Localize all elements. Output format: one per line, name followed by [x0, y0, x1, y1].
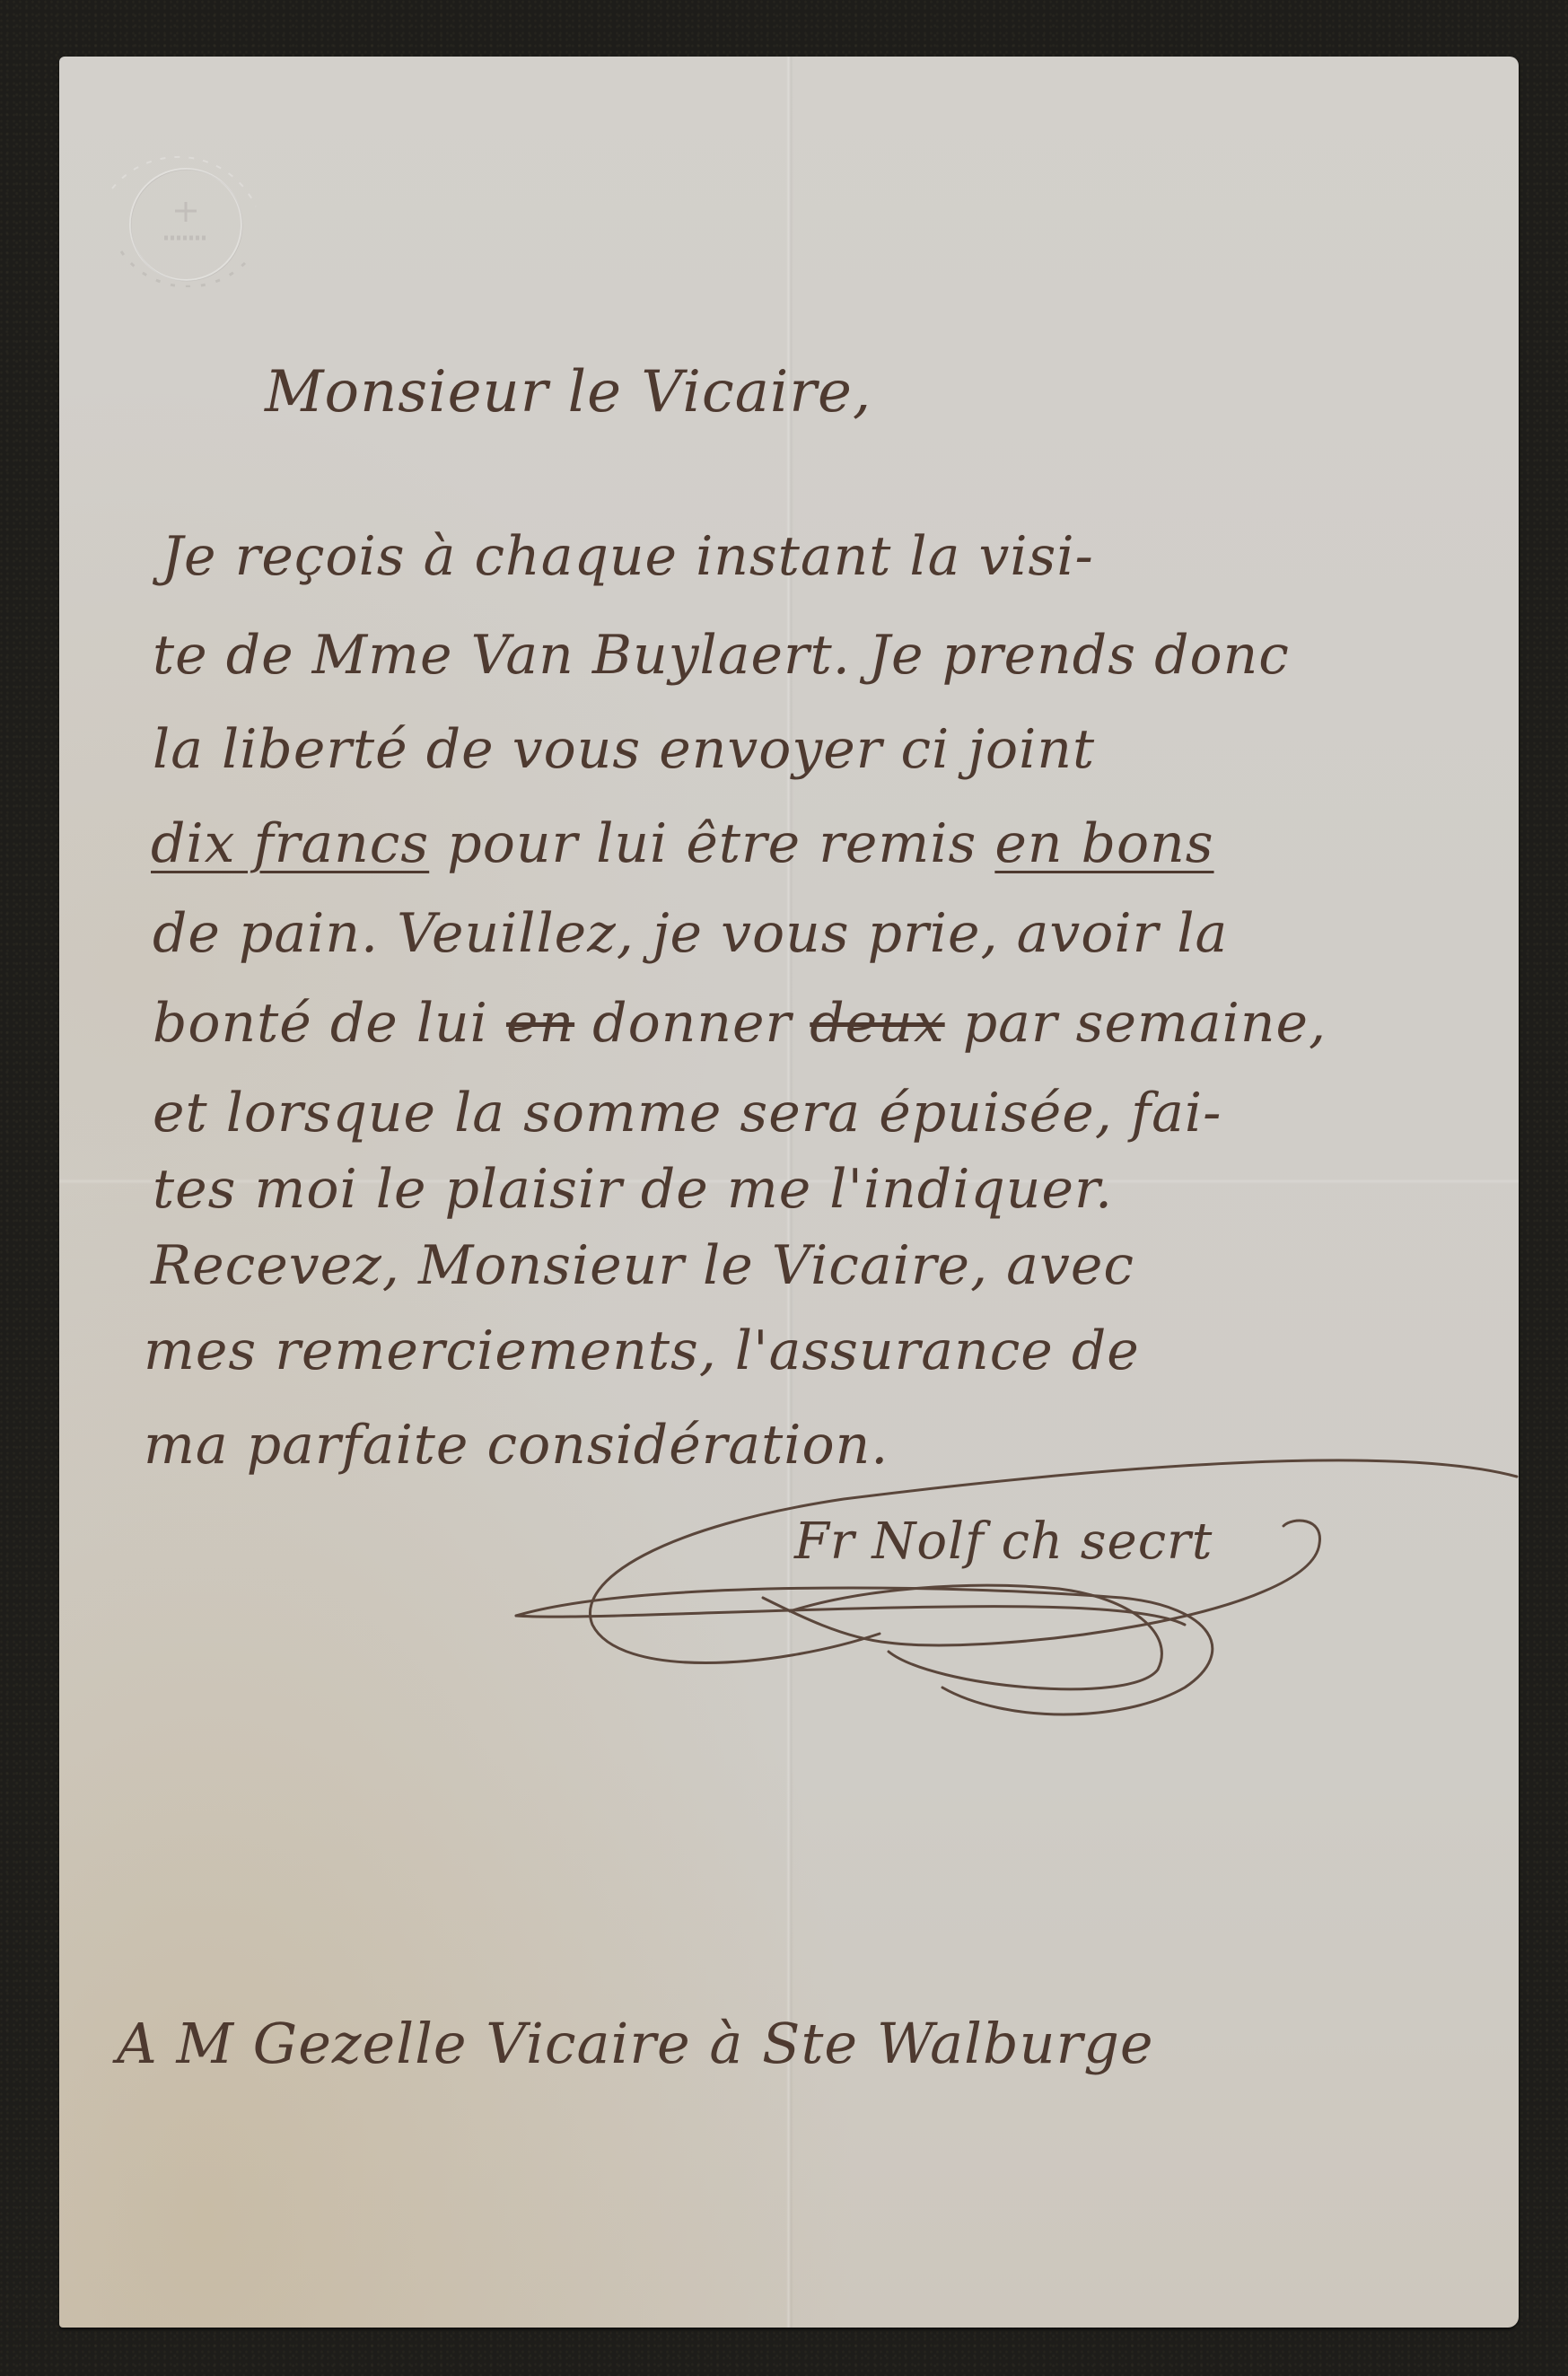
body-line-8: tes moi le plaisir de me l'indiquer.	[153, 1158, 1113, 1221]
struck-word: en	[506, 992, 574, 1055]
body-line-5: de pain. Veuillez, je vous prie, avoir l…	[153, 902, 1228, 965]
line-text: pour lui être remis	[429, 812, 994, 875]
underlined-phrase: en bons	[994, 812, 1213, 875]
closing-line-1: Recevez, Monsieur le Vicaire, avec	[151, 1234, 1134, 1297]
signature-flourish-icon	[503, 1454, 1526, 1741]
underlined-amount: dix francs	[151, 812, 429, 875]
body-line-2: te de Mme Van Buylaert. Je prends donc	[153, 624, 1290, 687]
salutation: Monsieur le Vicaire,	[265, 359, 872, 425]
body-line-7: et lorsque la somme sera épuisée, fai-	[153, 1082, 1222, 1144]
line-text: bonté de lui	[153, 992, 506, 1055]
embossed-seal-icon	[85, 99, 274, 287]
body-line-3: la liberté de vous envoyer ci joint	[153, 718, 1095, 781]
body-line-4: dix francs pour lui être remis en bons	[151, 812, 1214, 875]
signature: Fr Nolf ch secrt	[794, 1512, 1213, 1571]
address-line: A M Gezelle Vicaire à Ste Walburge	[117, 2011, 1154, 2076]
body-line-1: Je reçois à chaque instant la visi-	[162, 525, 1094, 588]
line-text: donner	[574, 992, 810, 1055]
closing-line-2: mes remerciements, l'assurance de	[144, 1320, 1140, 1382]
line-text: par semaine,	[945, 992, 1327, 1055]
body-line-6: bonté de lui en donner deux par semaine,	[153, 992, 1327, 1055]
struck-word: deux	[810, 992, 944, 1055]
